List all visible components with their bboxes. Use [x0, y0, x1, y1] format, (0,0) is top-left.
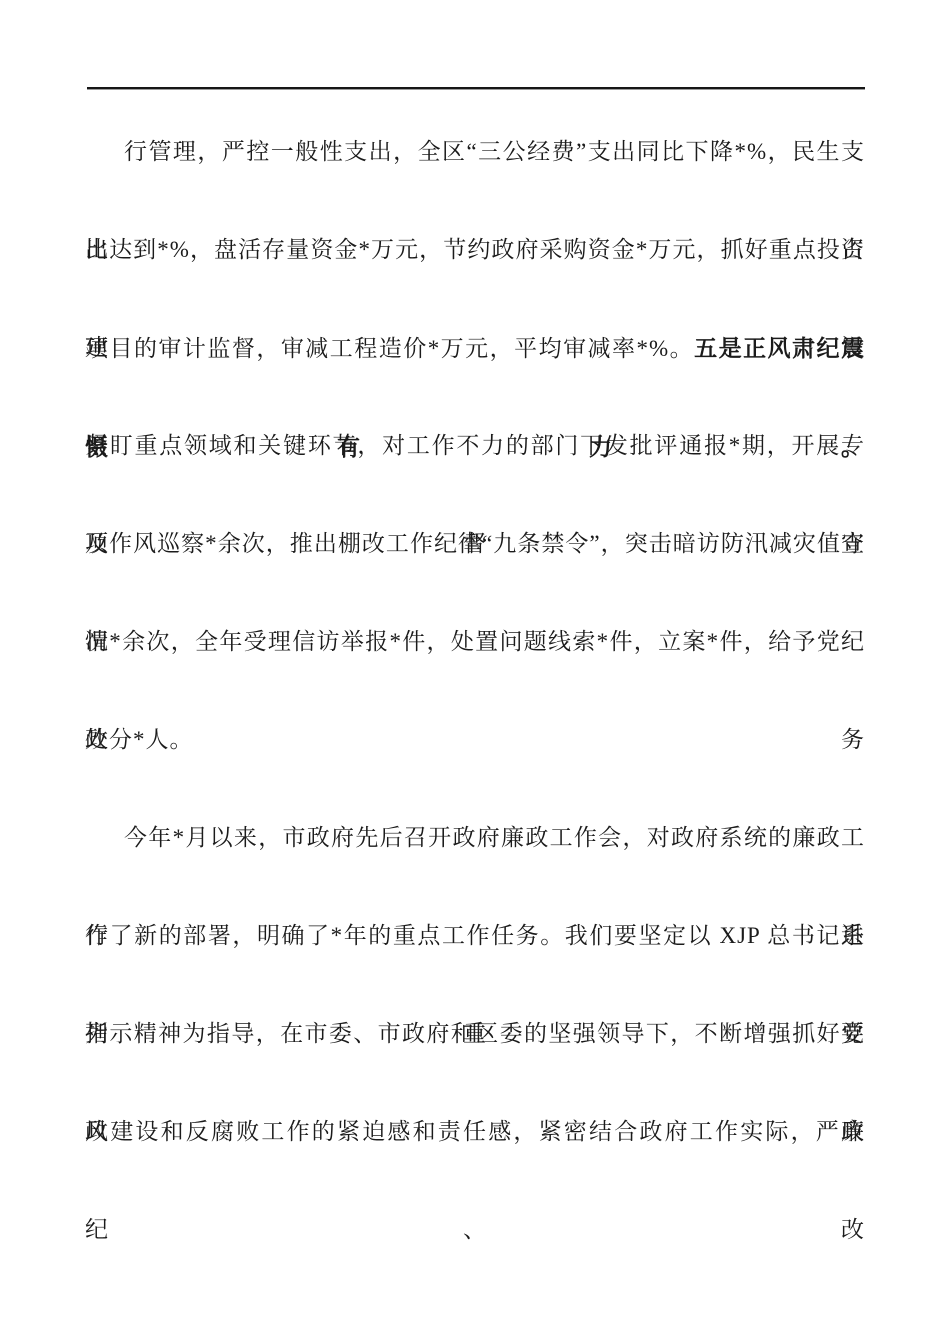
header-rule: [87, 87, 865, 90]
text-run: 项目的审计监督，审减工程造价*万元，平均审减率*%。: [85, 336, 694, 361]
text-run: 政建设和反腐败工作的紧迫感和责任感，紧密结合政府工作实际，严政纪、改: [85, 1119, 865, 1242]
text-line: 项目的审计监督，审减工程造价*万元，平均审减率*%。五是正风肃纪震慑有力。: [85, 299, 865, 397]
text-line: 行了新的部署，明确了*年的重点工作任务。我们要坚定以 XJP 总书记系列重要: [85, 887, 865, 985]
text-run: 处分*人。: [85, 727, 194, 752]
document-page: 行管理，严控一般性支出，全区“三公经费”支出同比下降*%，民生支出占比达到*%，…: [0, 0, 950, 1344]
text-line: 政建设和反腐败工作的紧迫感和责任感，紧密结合政府工作实际，严政纪、改: [85, 1083, 865, 1181]
text-line: 行管理，严控一般性支出，全区“三公经费”支出同比下降*%，民生支出占: [85, 103, 865, 201]
text-line: 紧盯重点领域和关键环节，对工作不力的部门下发批评通报*期，开展专项督查: [85, 397, 865, 495]
text-line: 比达到*%，盘活存量资金*万元，节约政府采购资金*万元，抓好重点投资建设: [85, 201, 865, 299]
text-line: 指示精神为指导，在市委、市政府和区委的坚强领导下，不断增强抓好党风廉: [85, 985, 865, 1083]
text-line: 况*余次，全年受理信访举报*件，处置问题线索*件，立案*件，给予党纪政务: [85, 593, 865, 691]
text-line: 及作风巡察*余次，推出棚改工作纪律“九条禁令”，突击暗访防汛减灾值守情: [85, 495, 865, 593]
text-line: 今年*月以来，市政府先后召开政府廉政工作会，对政府系统的廉政工作进: [85, 789, 865, 887]
document-body: 行管理，严控一般性支出，全区“三公经费”支出同比下降*%，民生支出占比达到*%，…: [85, 103, 865, 1181]
text-run: 况*余次，全年受理信访举报*件，处置问题线索*件，立案*件，给予党纪政务: [85, 629, 865, 752]
